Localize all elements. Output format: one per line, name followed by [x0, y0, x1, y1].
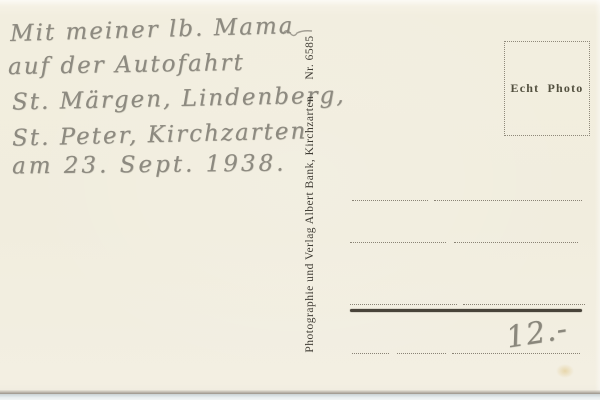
publisher-imprint: Photographie und Verlag Albert Bank, Kir… — [304, 35, 316, 352]
stamp-box: Echt Photo — [504, 41, 590, 136]
message-line-3: St. Märgen, Lindenberg, — [12, 83, 346, 116]
pencil-heavy-stroke — [350, 309, 582, 312]
stain — [556, 364, 574, 378]
address-line-3 — [350, 304, 457, 305]
address-line-4 — [352, 353, 389, 354]
address-line-1 — [352, 200, 428, 201]
publisher-text: Photographie und Verlag Albert Bank, Kir… — [304, 96, 316, 353]
message-line-4: St. Peter, Kirchzarten — [12, 118, 308, 151]
right-edge-highlight — [595, 0, 600, 400]
address-line-3 — [463, 304, 585, 305]
scan-edge-strip — [0, 394, 600, 400]
address-line-2 — [454, 242, 578, 243]
address-line-2 — [350, 242, 446, 243]
message-line-5: am 23. Sept. 1938. — [12, 151, 287, 180]
top-edge-highlight — [0, 0, 600, 6]
message-line-2: auf der Autofahrt — [8, 50, 245, 80]
address-line-1 — [434, 200, 582, 201]
postcard-back: Mit meiner lb. Mama auf der Autofahrt St… — [0, 0, 600, 400]
publisher-number: Nr. 6585 — [304, 35, 316, 79]
message-line-1: Mit meiner lb. Mama — [10, 13, 295, 47]
address-line-4 — [397, 353, 446, 354]
price-note: 12.- — [504, 311, 571, 355]
stamp-box-label: Echt Photo — [511, 81, 584, 96]
